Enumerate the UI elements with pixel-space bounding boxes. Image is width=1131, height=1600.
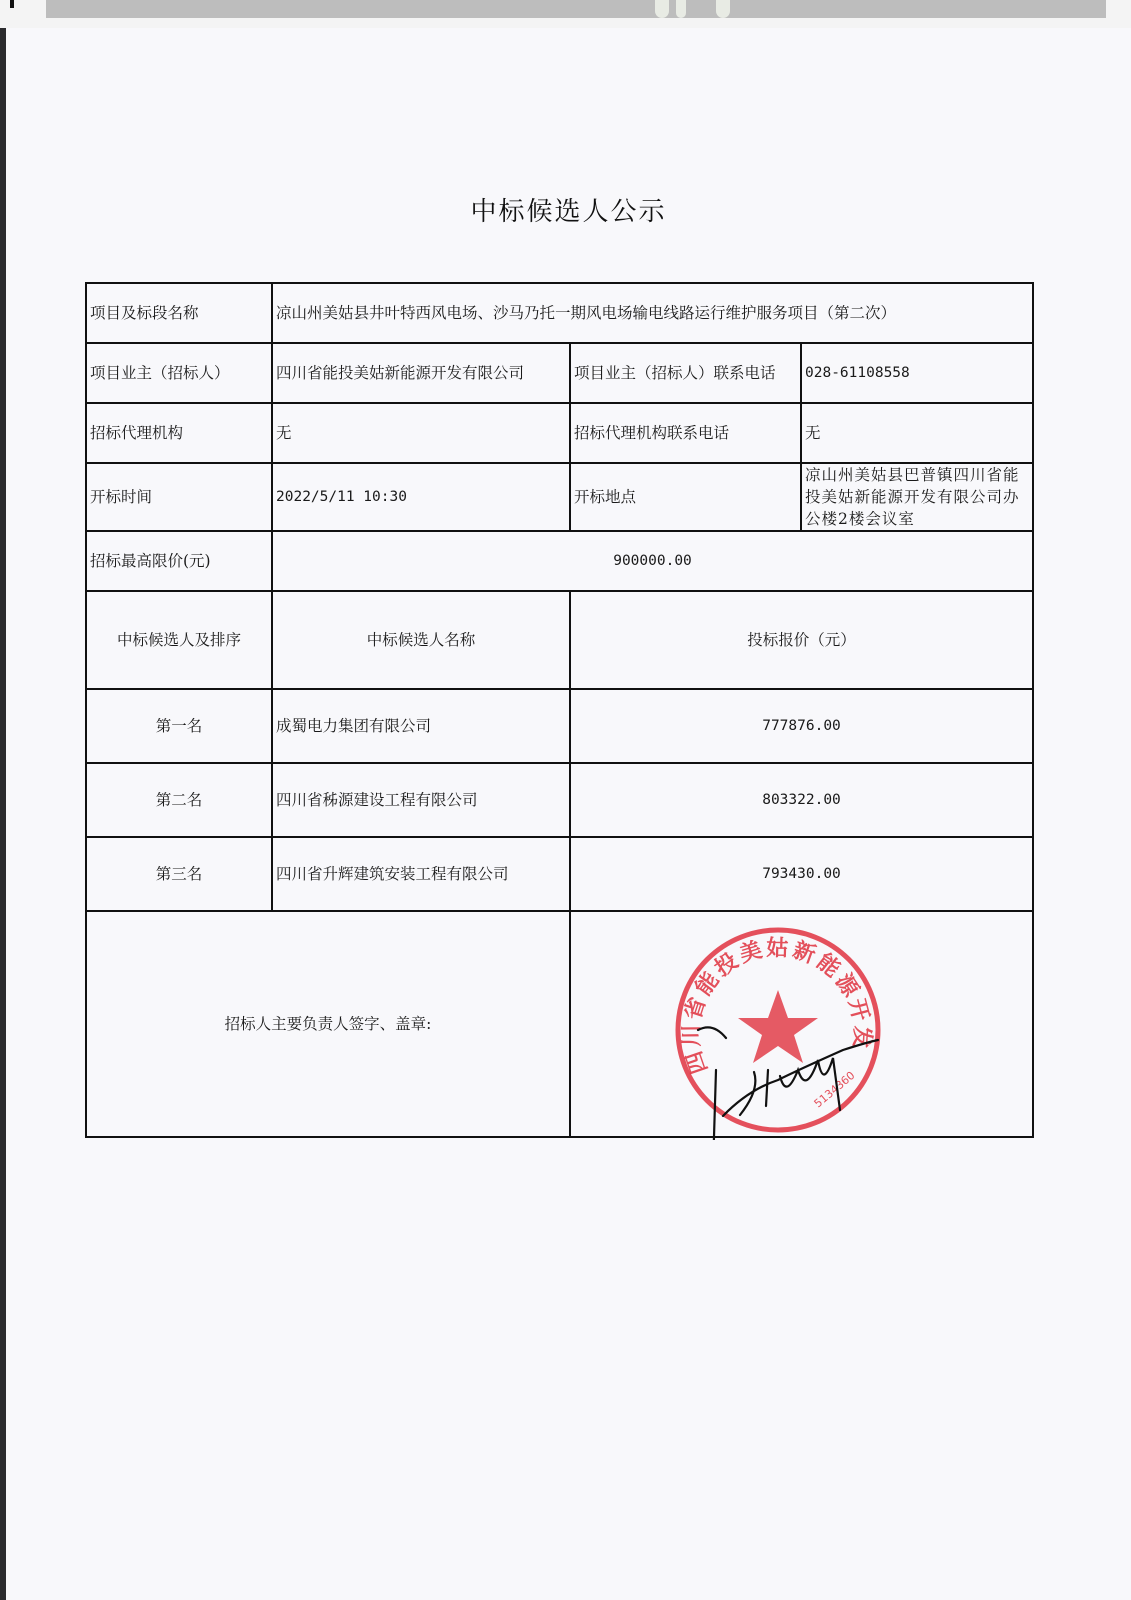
signature-area xyxy=(570,911,1033,1137)
open-place-label: 开标地点 xyxy=(570,463,801,531)
scan-smudge xyxy=(676,0,686,18)
scan-mark xyxy=(10,0,14,8)
scan-smudge xyxy=(716,0,730,18)
project-label: 项目及标段名称 xyxy=(86,283,272,343)
document-page: 中标候选人公示 项目及标段名称 凉山州美姑县井叶特西风电场、沙马乃托一期风电场输… xyxy=(6,28,1131,1600)
agency-phone-label: 招标代理机构联系电话 xyxy=(570,403,801,463)
name-header: 中标候选人名称 xyxy=(272,591,570,689)
candidate-row: 第一名 成蜀电力集团有限公司 777876.00 xyxy=(86,689,1033,763)
signature-label: 招标人主要负责人签字、盖章: xyxy=(86,911,570,1137)
table-row: 招标代理机构 无 招标代理机构联系电话 无 xyxy=(86,403,1033,463)
table-row: 招标最高限价(元) 900000.00 xyxy=(86,531,1033,591)
candidate-row: 第二名 四川省秭源建设工程有限公司 803322.00 xyxy=(86,763,1033,837)
agency-value: 无 xyxy=(272,403,570,463)
open-time-label: 开标时间 xyxy=(86,463,272,531)
table-row: 开标时间 2022/5/11 10:30 开标地点 凉山州美姑县巴普镇四川省能投… xyxy=(86,463,1033,531)
owner-value: 四川省能投美姑新能源开发有限公司 xyxy=(272,343,570,403)
table-row: 项目业主（招标人） 四川省能投美姑新能源开发有限公司 项目业主（招标人）联系电话… xyxy=(86,343,1033,403)
owner-phone-value: 028-61108558 xyxy=(801,343,1033,403)
max-price-value: 900000.00 xyxy=(272,531,1033,591)
candidate-price: 777876.00 xyxy=(570,689,1033,763)
open-place-value: 凉山州美姑县巴普镇四川省能投美姑新能源开发有限公司办公楼2楼会议室 xyxy=(801,463,1033,531)
candidates-header-row: 中标候选人及排序 中标候选人名称 投标报价（元） xyxy=(86,591,1033,689)
price-header: 投标报价（元） xyxy=(570,591,1033,689)
max-price-label: 招标最高限价(元) xyxy=(86,531,272,591)
candidate-rank: 第二名 xyxy=(86,763,272,837)
candidate-row: 第三名 四川省升辉建筑安装工程有限公司 793430.00 xyxy=(86,837,1033,911)
agency-label: 招标代理机构 xyxy=(86,403,272,463)
owner-label: 项目业主（招标人） xyxy=(86,343,272,403)
agency-phone-value: 无 xyxy=(801,403,1033,463)
candidate-price: 793430.00 xyxy=(570,837,1033,911)
candidate-name: 成蜀电力集团有限公司 xyxy=(272,689,570,763)
scanner-lid xyxy=(46,0,1106,18)
project-value: 凉山州美姑县井叶特西风电场、沙马乃托一期风电场输电线路运行维护服务项目（第二次） xyxy=(272,283,1033,343)
scan-edge xyxy=(0,0,1131,28)
open-time-value: 2022/5/11 10:30 xyxy=(272,463,570,531)
candidate-price: 803322.00 xyxy=(570,763,1033,837)
announcement-table: 项目及标段名称 凉山州美姑县井叶特西风电场、沙马乃托一期风电场输电线路运行维护服… xyxy=(85,282,1034,1138)
scan-smudge xyxy=(655,0,669,18)
rank-header: 中标候选人及排序 xyxy=(86,591,272,689)
page-title: 中标候选人公示 xyxy=(6,191,1131,228)
candidate-rank: 第一名 xyxy=(86,689,272,763)
candidate-rank: 第三名 xyxy=(86,837,272,911)
signature-row: 招标人主要负责人签字、盖章: xyxy=(86,911,1033,1137)
candidate-name: 四川省升辉建筑安装工程有限公司 xyxy=(272,837,570,911)
table-row: 项目及标段名称 凉山州美姑县井叶特西风电场、沙马乃托一期风电场输电线路运行维护服… xyxy=(86,283,1033,343)
owner-phone-label: 项目业主（招标人）联系电话 xyxy=(570,343,801,403)
candidate-name: 四川省秭源建设工程有限公司 xyxy=(272,763,570,837)
